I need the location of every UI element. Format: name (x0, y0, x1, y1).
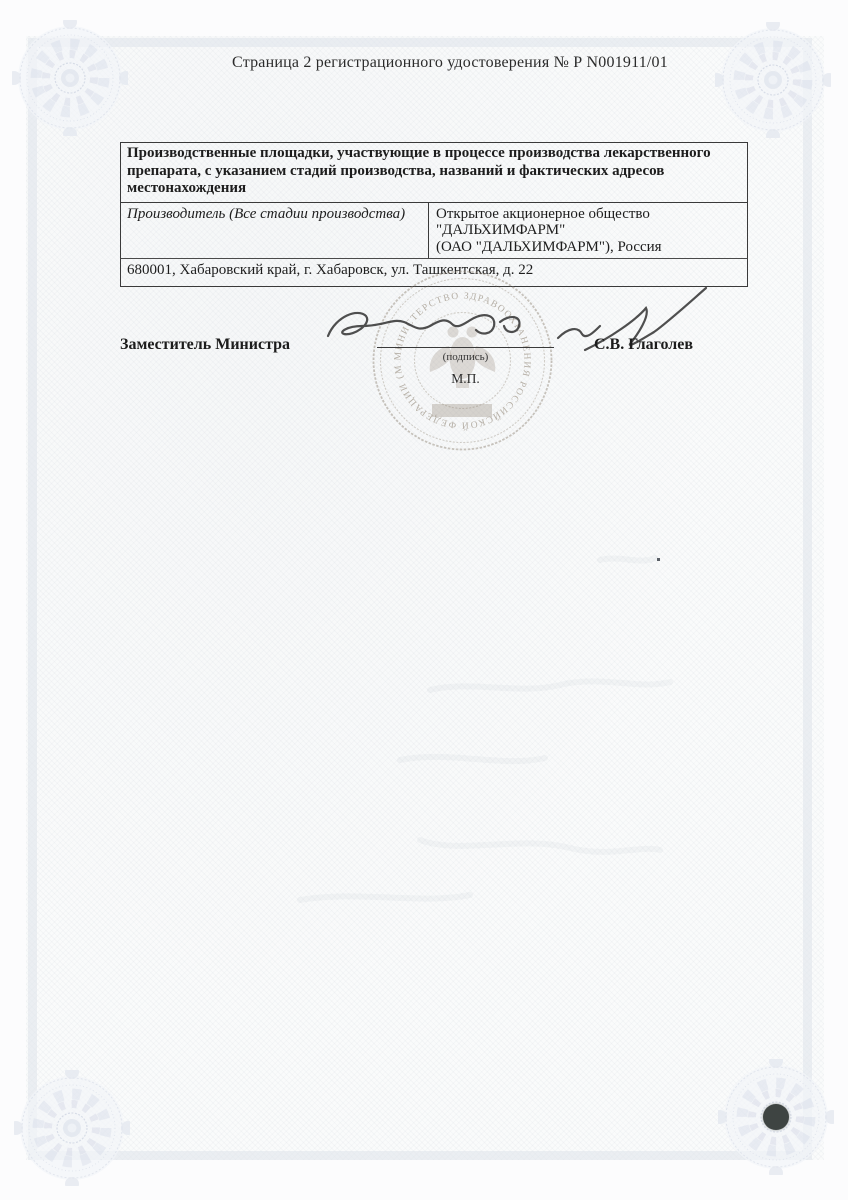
scanned-document-page: Страница 2 регистрационного удостоверени… (0, 0, 848, 1200)
manufacturer-line-1: Открытое акционерное общество (436, 206, 740, 223)
signature-line (377, 347, 554, 348)
signature-caption: (подпись) (377, 351, 554, 363)
corner-rosette-top-left (12, 20, 128, 136)
scan-speck (657, 558, 660, 561)
table-row: Производитель (Все стадии производства) … (120, 203, 748, 260)
corner-rosette-top-right (715, 22, 831, 138)
manufacturer-line-3: (ОАО "ДАЛЬХИМФАРМ"), Россия (436, 239, 740, 256)
signer-name: С.В. Глаголев (594, 336, 693, 354)
minister-position-title: Заместитель Министра (120, 336, 290, 354)
corner-rosette-bottom-left (14, 1070, 130, 1186)
table-header-cell: Производственные площадки, участвующие в… (120, 142, 748, 203)
manufacturer-label-cell: Производитель (Все стадии производства) (121, 203, 429, 259)
page-title: Страница 2 регистрационного удостоверени… (130, 54, 770, 72)
production-sites-table: Производственные площадки, участвующие в… (120, 142, 748, 287)
punch-hole-dot (763, 1104, 789, 1130)
stamp-bottom-banner (432, 404, 492, 417)
manufacturer-value-cell: Открытое акционерное общество "ДАЛЬХИМФА… (429, 203, 747, 259)
seal-place-caption: М.П. (377, 371, 554, 387)
manufacturer-line-2: "ДАЛЬХИМФАРМ" (436, 222, 740, 239)
